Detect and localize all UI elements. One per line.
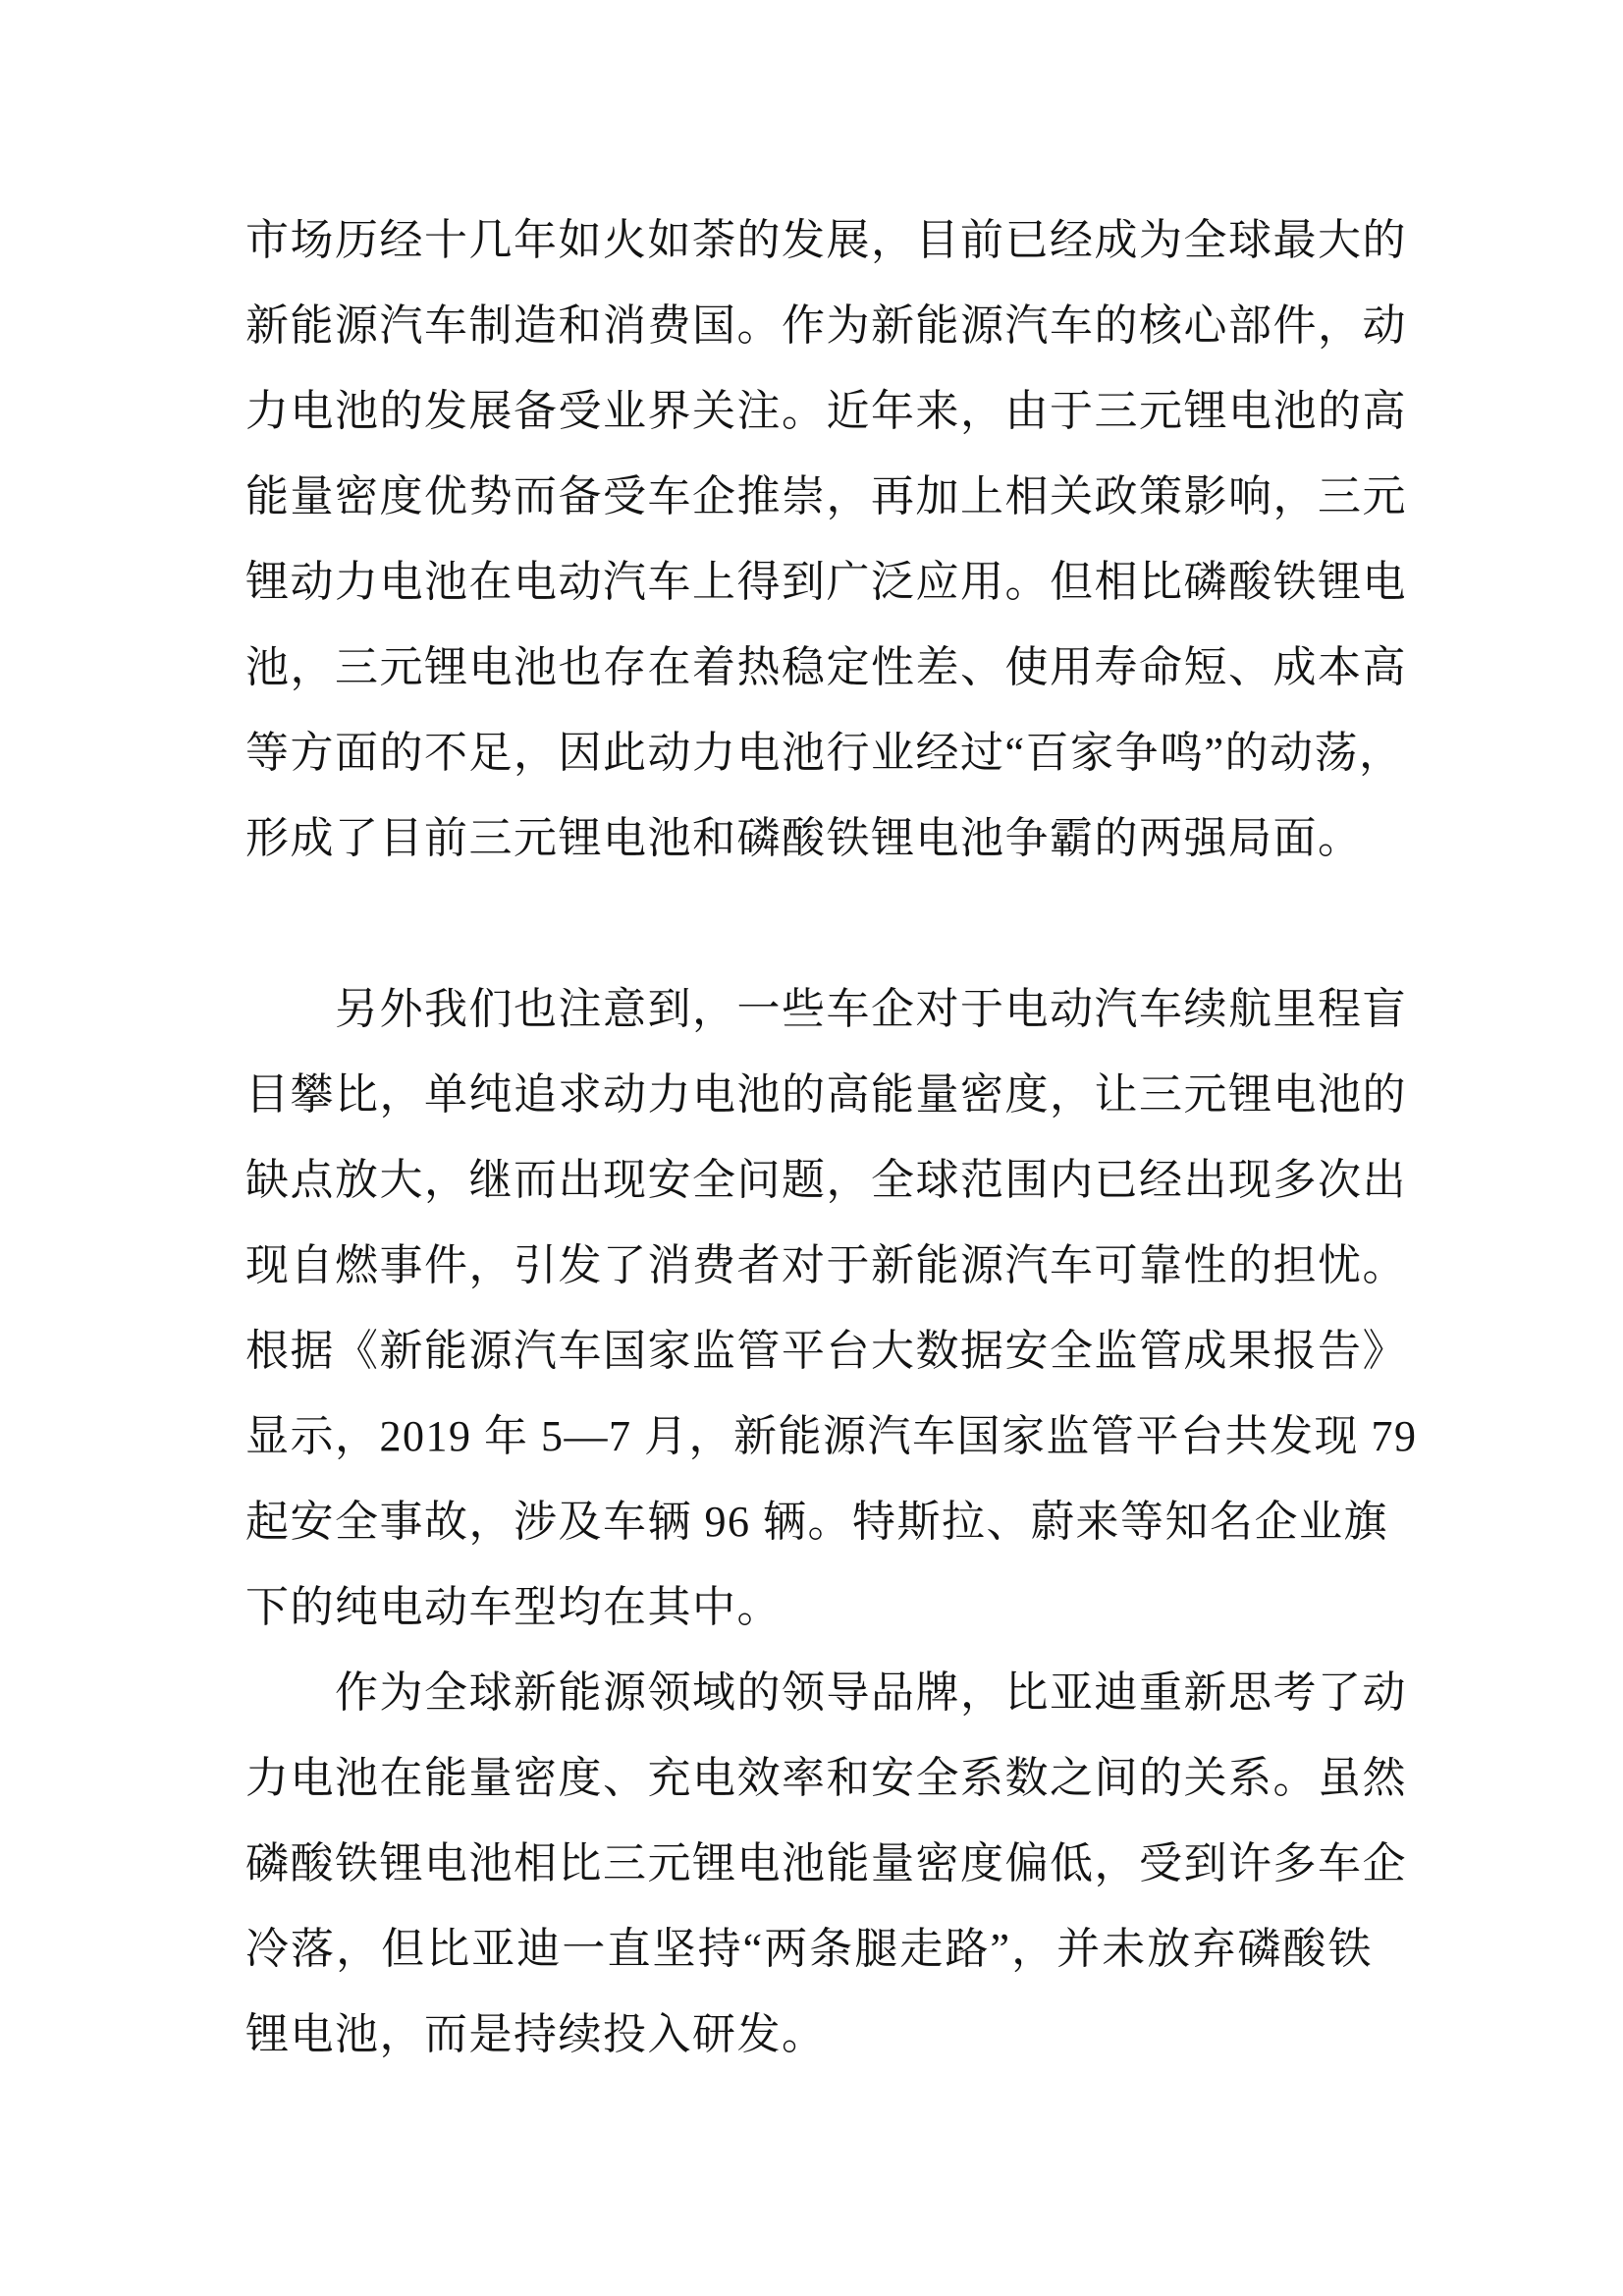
text-line: 锂动力电池在电动汽车上得到广泛应用。但相比磷酸铁锂电 xyxy=(245,539,1373,625)
text-line: 形成了目前三元锂电池和磷酸铁锂电池争霸的两强局面。 xyxy=(245,795,1373,881)
text-line: 目攀比，单纯追求动力电池的高能量密度，让三元锂电池的 xyxy=(245,1052,1373,1137)
body-text: 市场历经十几年如火如荼的发展，目前已经成为全球最大的 新能源汽车制造和消费国。作… xyxy=(245,197,1373,2077)
text-line: 市场历经十几年如火如荼的发展，目前已经成为全球最大的 xyxy=(245,197,1373,283)
text-line: 力电池的发展备受业界关注。近年来，由于三元锂电池的高 xyxy=(245,368,1373,454)
paragraph-1: 市场历经十几年如火如荼的发展，目前已经成为全球最大的 新能源汽车制造和消费国。作… xyxy=(245,197,1373,881)
paragraph-2: 另外我们也注意到，一些车企对于电动汽车续航里程盲 目攀比，单纯追求动力电池的高能… xyxy=(245,966,1373,1650)
text-line: 根据《新能源汽车国家监管平台大数据安全监管成果报告》 xyxy=(245,1308,1373,1394)
paragraph-3: 作为全球新能源领域的领导品牌，比亚迪重新思考了动 力电池在能量密度、充电效率和安… xyxy=(245,1650,1373,2077)
text-line: 力电池在能量密度、充电效率和安全系数之间的关系。虽然 xyxy=(245,1735,1373,1821)
text-line: 池，三元锂电池也存在着热稳定性差、使用寿命短、成本高 xyxy=(245,625,1373,710)
text-line: 锂电池，而是持续投入研发。 xyxy=(245,1992,1373,2077)
text-line: 作为全球新能源领域的领导品牌，比亚迪重新思考了动 xyxy=(245,1650,1373,1735)
text-line: 起安全事故，涉及车辆 96 辆。特斯拉、蔚来等知名企业旗 xyxy=(245,1479,1373,1564)
text-line: 另外我们也注意到，一些车企对于电动汽车续航里程盲 xyxy=(245,966,1373,1052)
text-line: 下的纯电动车型均在其中。 xyxy=(245,1564,1373,1650)
text-line: 能量密度优势而备受车企推崇，再加上相关政策影响，三元 xyxy=(245,454,1373,539)
text-line: 磷酸铁锂电池相比三元锂电池能量密度偏低，受到许多车企 xyxy=(245,1821,1373,1906)
text-line: 等方面的不足，因此动力电池行业经过“百家争鸣”的动荡， xyxy=(245,710,1373,795)
document-page: 市场历经十几年如火如荼的发展，目前已经成为全球最大的 新能源汽车制造和消费国。作… xyxy=(0,0,1623,2296)
text-line: 显示，2019 年 5—7 月，新能源汽车国家监管平台共发现 79 xyxy=(245,1394,1373,1479)
text-line: 新能源汽车制造和消费国。作为新能源汽车的核心部件，动 xyxy=(245,283,1373,368)
text-line: 冷落，但比亚迪一直坚持“两条腿走路”，并未放弃磷酸铁 xyxy=(245,1906,1373,1992)
text-line: 现自燃事件，引发了消费者对于新能源汽车可靠性的担忧。 xyxy=(245,1223,1373,1308)
text-line: 缺点放大，继而出现安全问题，全球范围内已经出现多次出 xyxy=(245,1137,1373,1223)
